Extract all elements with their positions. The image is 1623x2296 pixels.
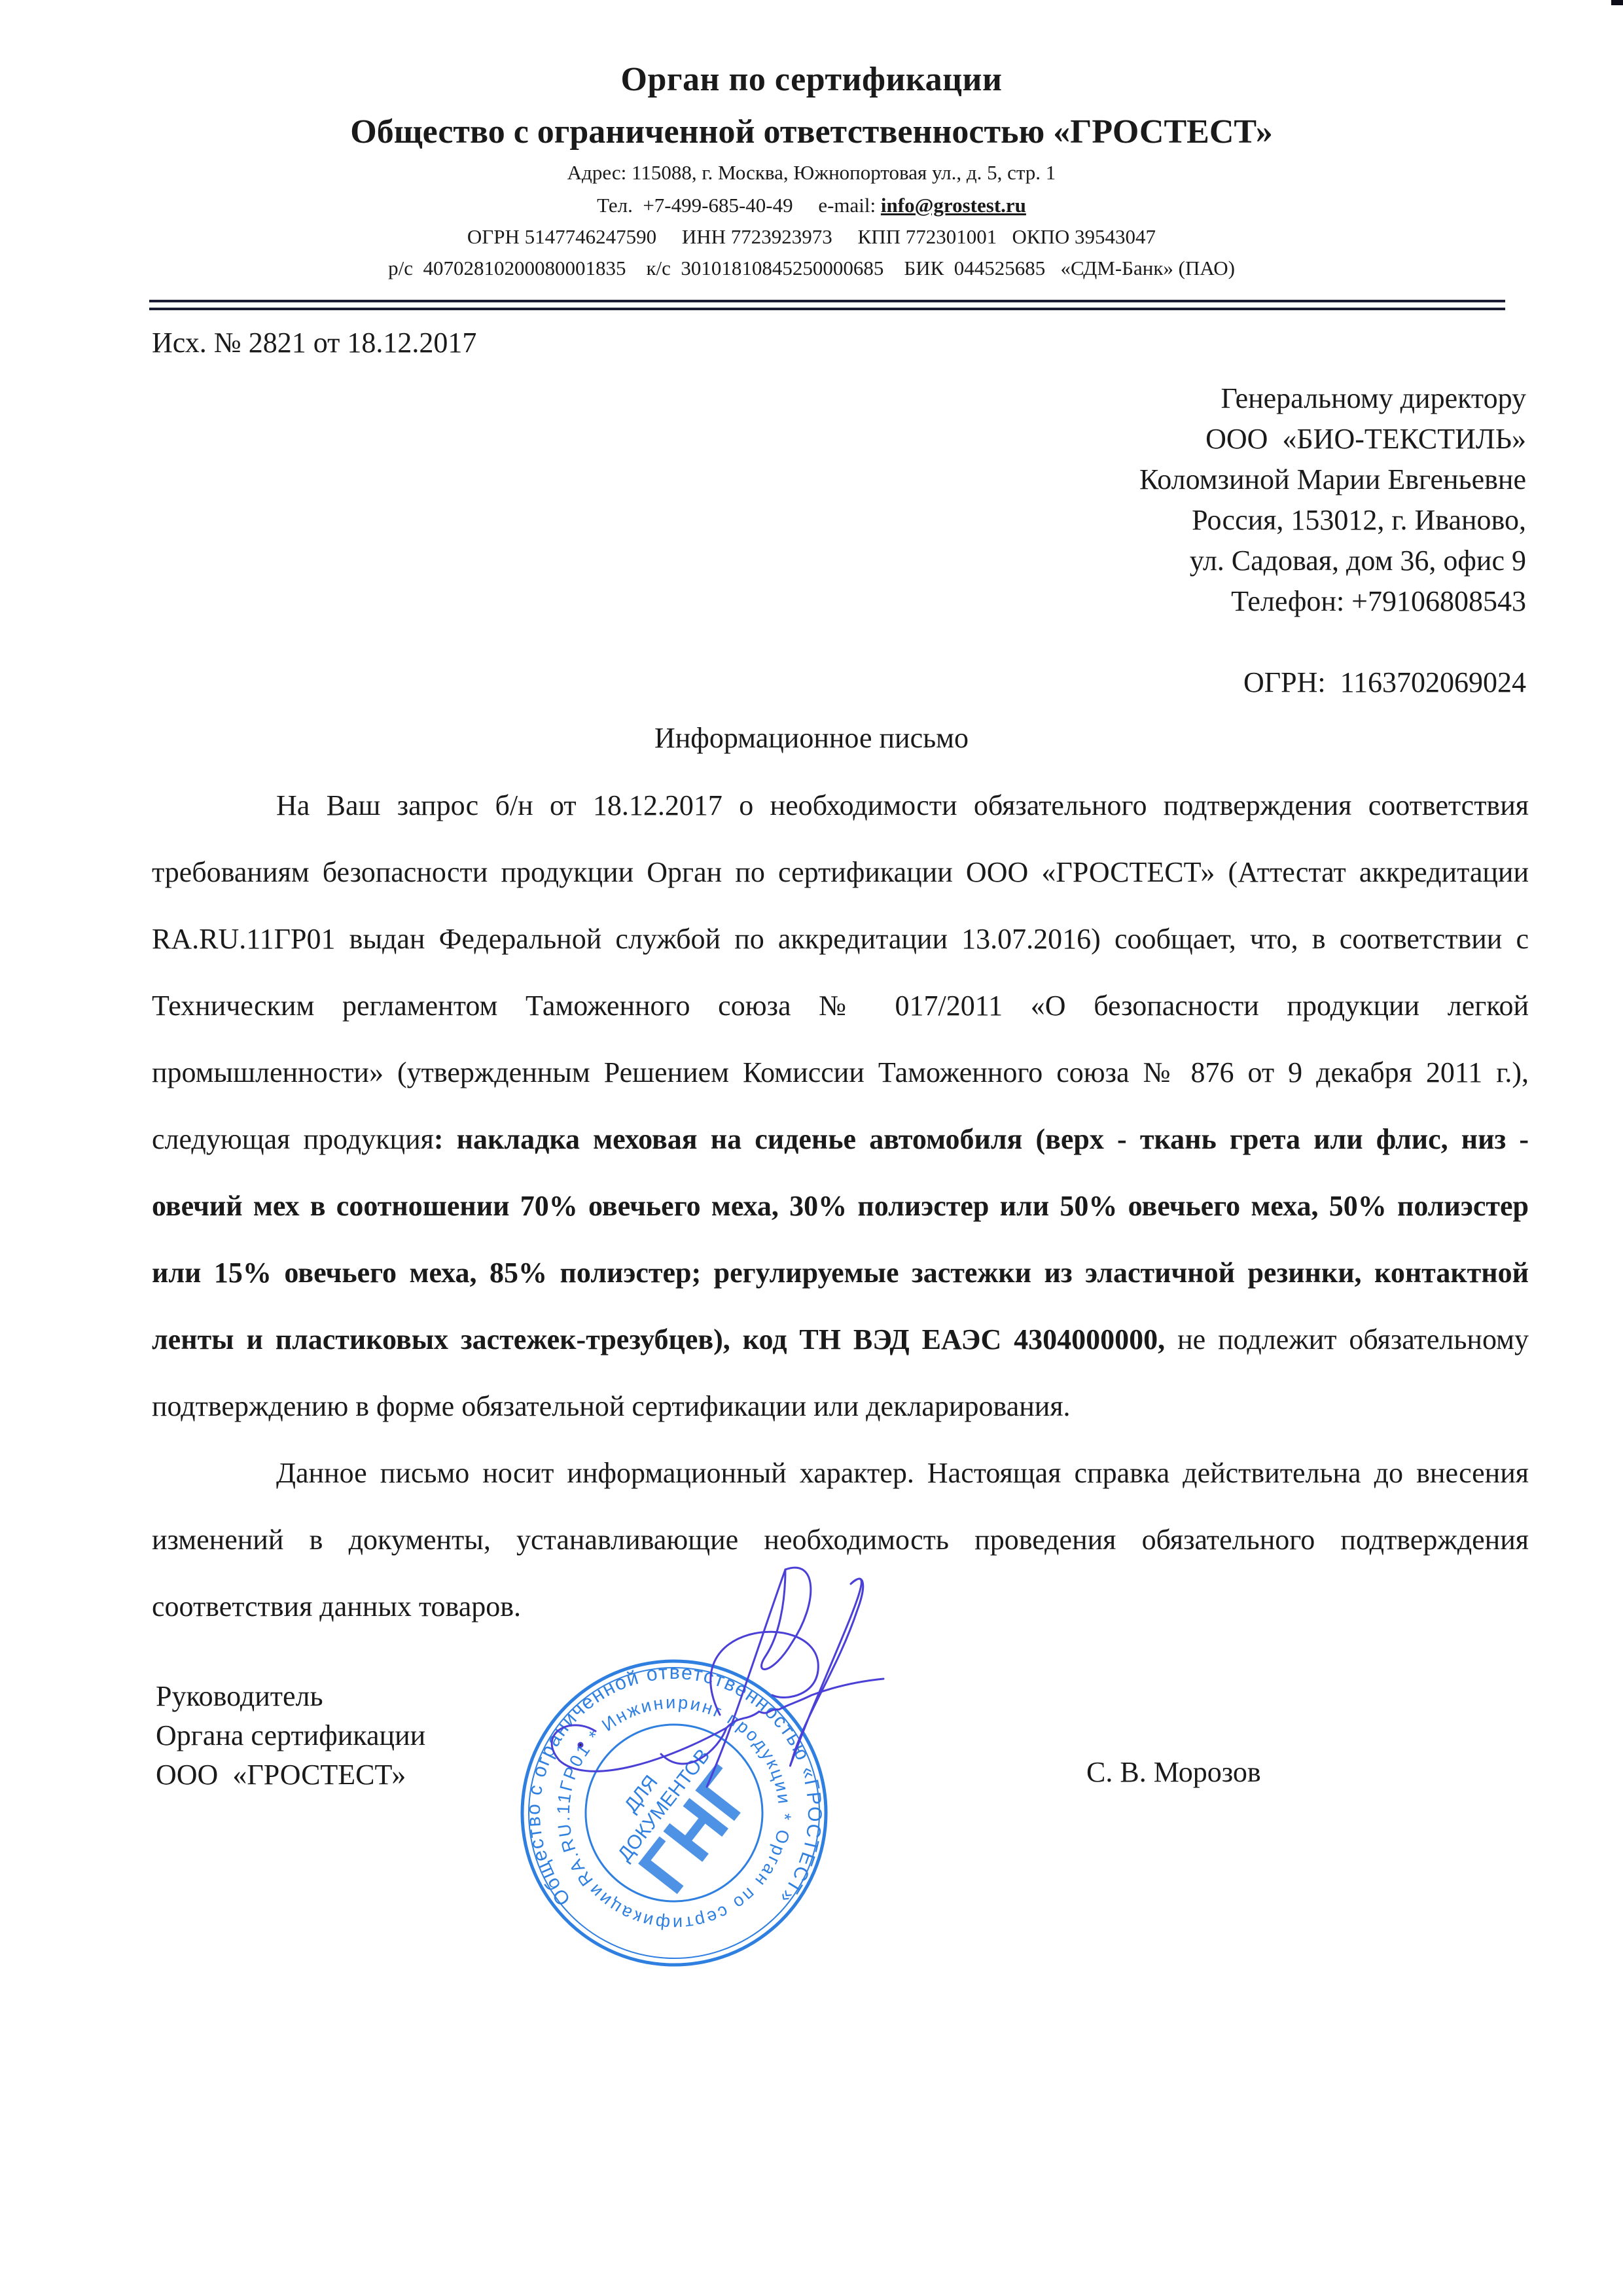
- signatory-position: Руководитель Органа сертификации ООО «ГР…: [156, 1677, 425, 1795]
- letterhead-phone: Тел. +7-499-685-40-49 e-mail:: [597, 194, 881, 217]
- body-paragraph-1: На Ваш запрос б/н от 18.12.2017 о необхо…: [152, 772, 1529, 1440]
- letter-body: На Ваш запрос б/н от 18.12.2017 о необхо…: [152, 772, 1529, 1640]
- recipient-line: Коломзиной Марии Евгеньевне: [1139, 459, 1526, 500]
- email-link[interactable]: info@grostest.ru: [881, 194, 1026, 217]
- letterhead-contacts: Тел. +7-499-685-40-49 e-mail: info@grost…: [0, 194, 1623, 217]
- header-rule-top: [149, 300, 1505, 302]
- signatory-name: С. В. Морозов: [1086, 1755, 1261, 1789]
- recipient-line: Телефон: +79106808543: [1139, 581, 1526, 622]
- outgoing-reference: Исх. № 2821 от 18.12.2017: [152, 326, 476, 359]
- scan-corner-mark: [1611, 0, 1623, 5]
- letterhead-company: Общество с ограниченной ответственностью…: [0, 113, 1623, 151]
- recipient-line: Генеральному директору: [1139, 378, 1526, 419]
- letterhead-bank: р/с 40702810200080001835 к/с 30101810845…: [0, 257, 1623, 280]
- recipient-line: ул. Садовая, дом 36, офис 9: [1139, 541, 1526, 581]
- recipient-line: ООО «БИО-ТЕКСТИЛЬ»: [1139, 419, 1526, 459]
- recipient-block: Генеральному директору ООО «БИО-ТЕКСТИЛЬ…: [1139, 378, 1526, 703]
- handwritten-signature: [510, 1564, 1099, 1826]
- letterhead-title: Орган по сертификации: [0, 60, 1623, 99]
- recipient-line: Россия, 153012, г. Иваново,: [1139, 500, 1526, 541]
- letter-title: Информационное письмо: [0, 721, 1623, 755]
- letterhead-address: Адрес: 115088, г. Москва, Южнопортовая у…: [0, 161, 1623, 185]
- letterhead-registry: ОГРН 5147746247590 ИНН 7723923973 КПП 77…: [0, 225, 1623, 249]
- recipient-ogrn: ОГРН: 1163702069024: [1139, 662, 1526, 703]
- header-rule-bottom: [149, 308, 1505, 310]
- product-description: : накладка меховая на сиденье автомобиля…: [152, 1123, 1529, 1355]
